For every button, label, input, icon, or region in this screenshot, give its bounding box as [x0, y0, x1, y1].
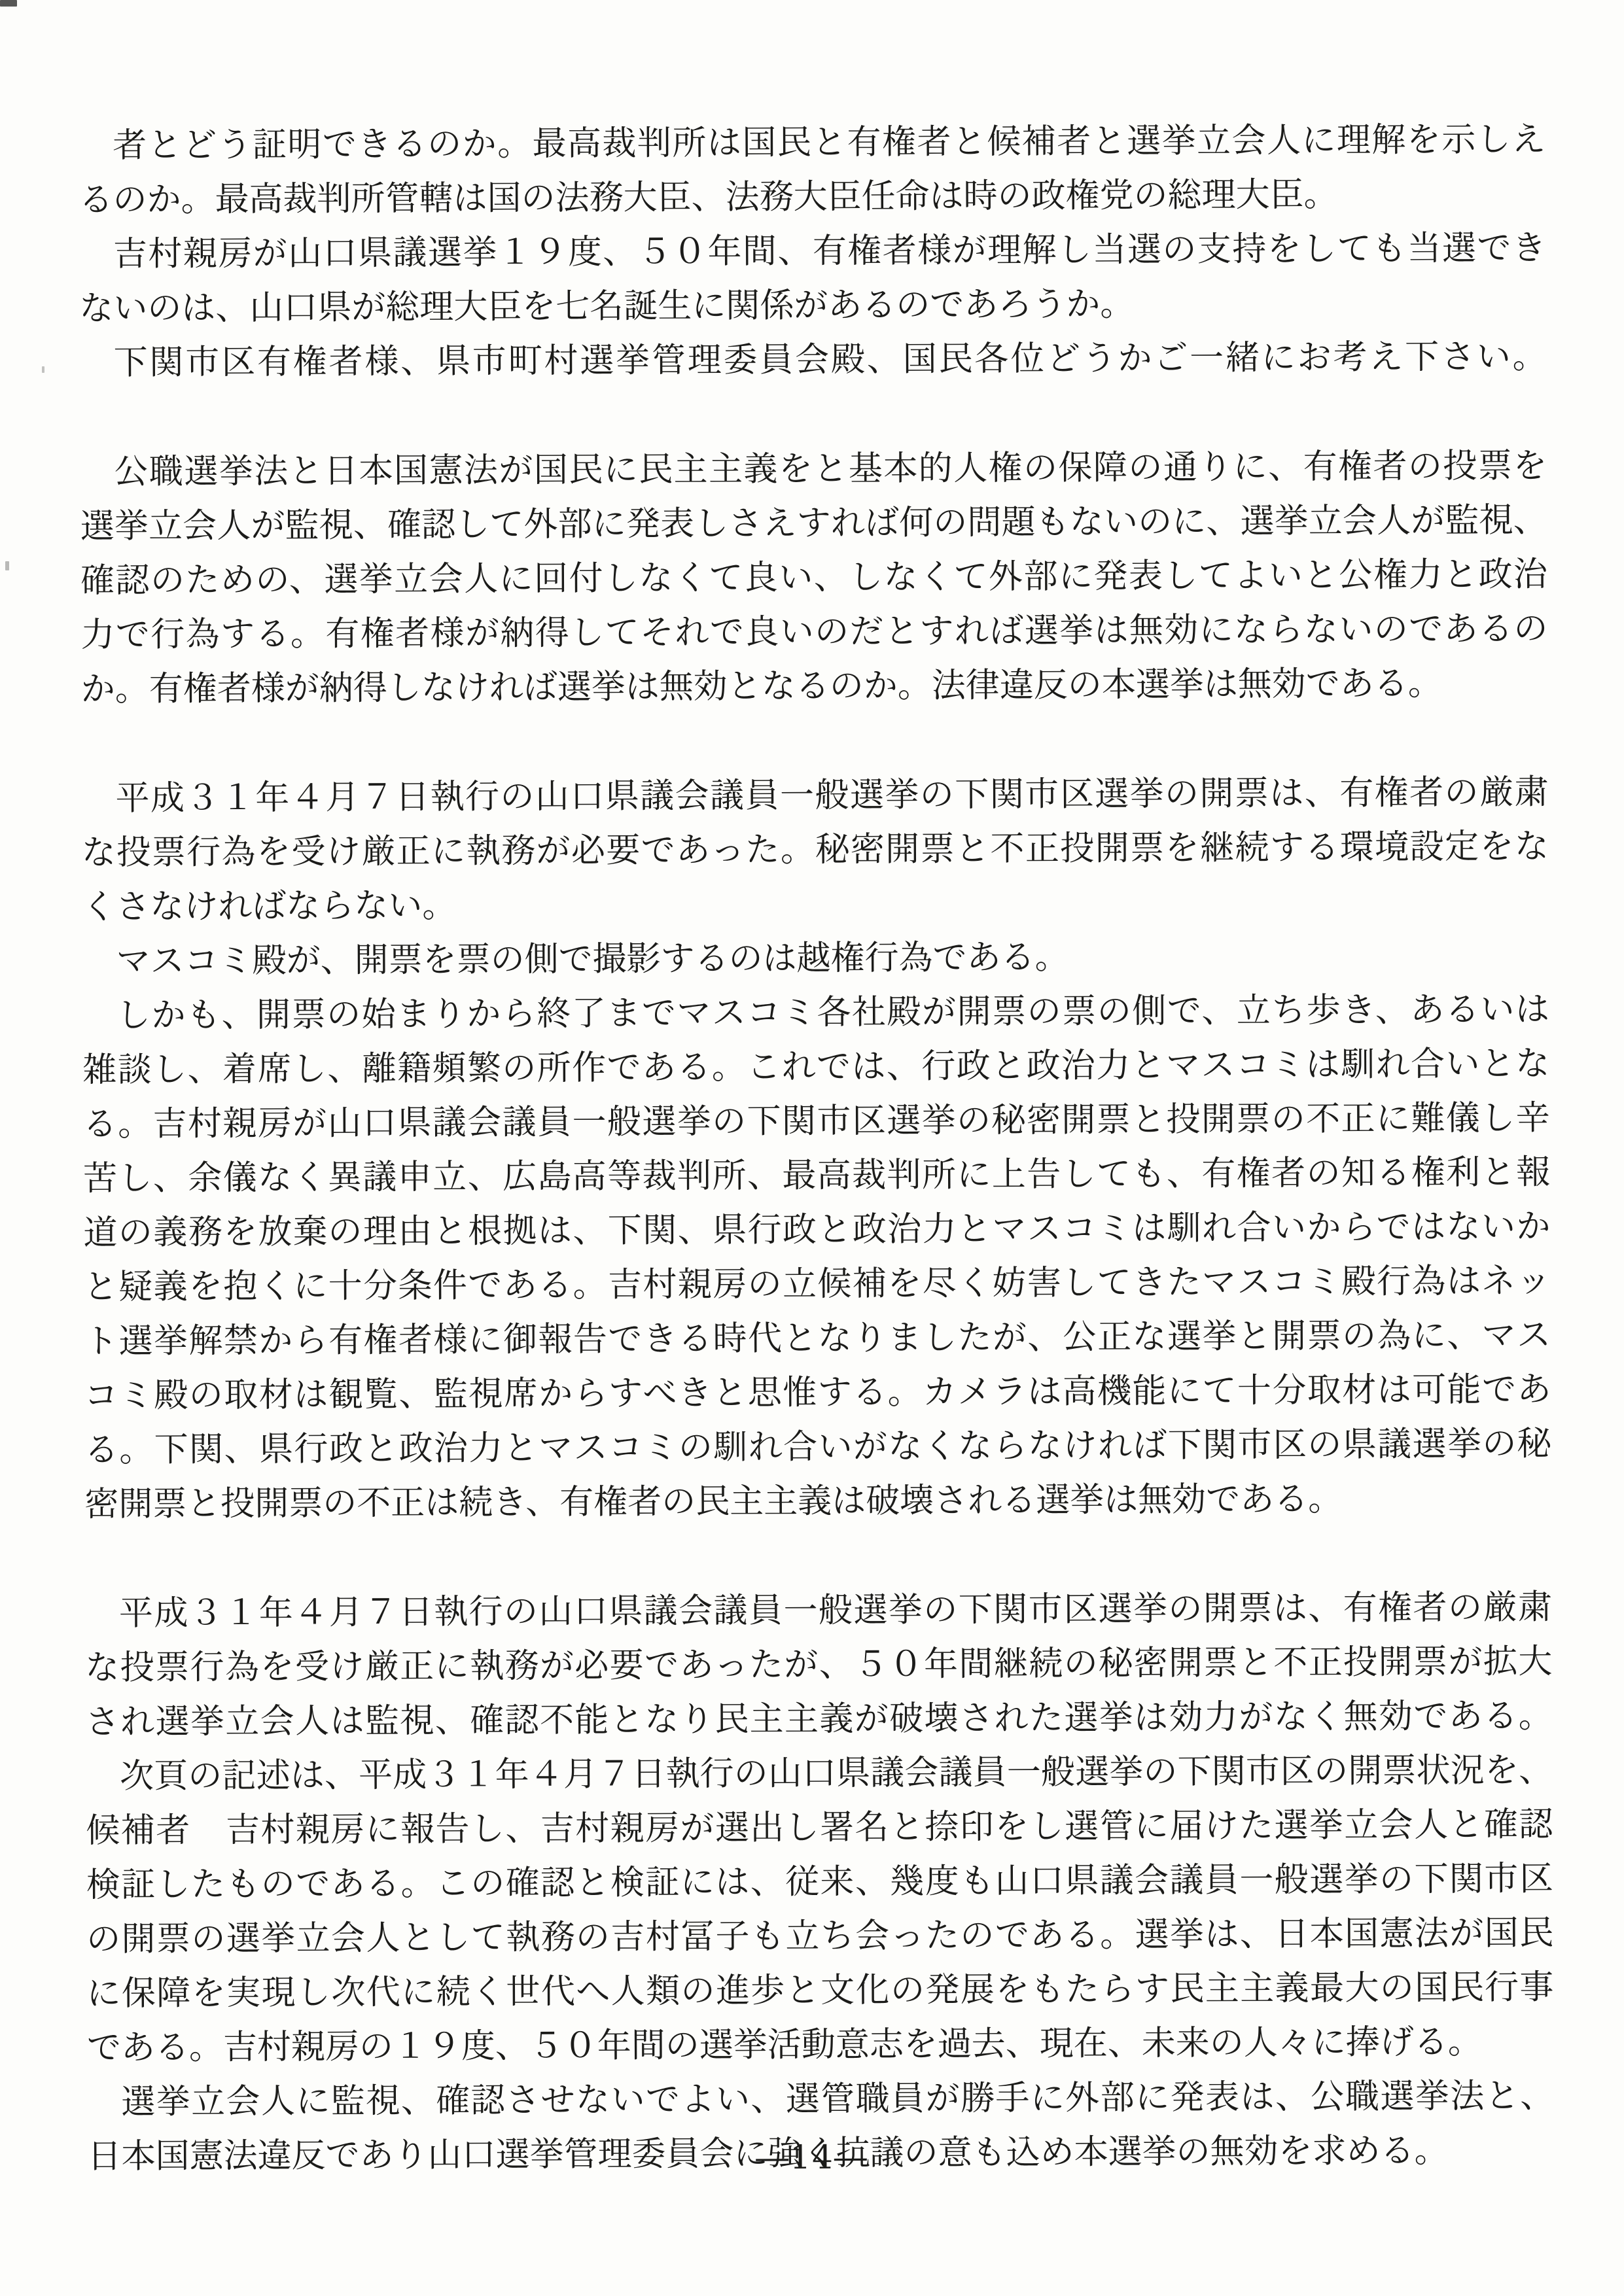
text-line: 者とどう証明できるのか。最高裁判所は国民と有権者と候補者と選挙立会人に理解を示し…	[79, 113, 1545, 173]
text-line: マスコミ殿が、開票を票の側で撮影するのは越権行為である。	[82, 928, 1549, 989]
text-line: 選挙立会人が監視、確認して外部に発表しさえすれば何の問題もないのに、選挙立会人が…	[80, 493, 1547, 554]
text-line: 候補者 吉村親房に報告し、吉村親房が選出し署名と捺印をし選管に届けた選挙立会人と…	[86, 1798, 1553, 1858]
text-line: か。有権者様が納得しなければ選挙は無効となるのか。法律違反の本選挙は無効である。	[81, 656, 1548, 717]
text-line: の開票の選挙立会人として執務の吉村冨子も立ち会ったのである。選挙は、日本国憲法が…	[86, 1906, 1553, 1967]
text-line: な投票行為を受け厳正に執務が必要であった。秘密開票と不正投開票を継続する環境設定…	[82, 820, 1549, 880]
text-line: と疑義を抱くに十分条件である。吉村親房の立候補を尽く妨害してきたマスコミ殿行為は…	[84, 1254, 1551, 1315]
paragraph: 平成３１年４月７日執行の山口県議会議員一般選挙の下関市区選挙の開票は、有権者の厳…	[81, 765, 1551, 1532]
text-line: しかも、開票の始まりから終了までマスコミ各社殿が開票の票の側で、立ち歩き、あるい…	[82, 983, 1549, 1043]
page-number: ―14―	[0, 2134, 1624, 2181]
text-line: る。下関、県行政と政治力とマスコミの馴れ合いがなくならなければ下関市区の県議選挙…	[84, 1417, 1551, 1478]
text-line: 検証したものである。この確認と検証には、従来、幾度も山口県議会議員一般選挙の下関…	[86, 1852, 1553, 1913]
text-line: に保障を実現し次代に続く世代へ人類の進歩と文化の発展をもたらす民主主義最大の国民…	[86, 1960, 1553, 2021]
text-line: ト選挙解禁から有権者様に御報告できる時代となりましたが、公正な選挙と開票の為に、…	[84, 1308, 1551, 1369]
text-line: 密開票と投開票の不正は続き、有権者の民主主義は破壊される選挙は無効である。	[84, 1471, 1551, 1532]
paragraph: 者とどう証明できるのか。最高裁判所は国民と有権者と候補者と選挙立会人に理解を示し…	[79, 113, 1547, 391]
text-line: くさなければならない。	[82, 874, 1549, 935]
scanned-document-page: 者とどう証明できるのか。最高裁判所は国民と有権者と候補者と選挙立会人に理解を示し…	[0, 0, 1624, 2296]
scan-artifact	[5, 561, 9, 570]
text-line: コミ殿の取材は観覧、監視席からすべきと思惟する。カメラは高機能にて十分取材は可能…	[84, 1363, 1551, 1423]
text-line: 平成３１年４月７日執行の山口県議会議員一般選挙の下関市区選挙の開票は、有権者の厳…	[81, 765, 1548, 826]
text-line: 公職選挙法と日本国憲法が国民に民主主義をと基本的人権の保障の通りに、有権者の投票…	[80, 439, 1547, 500]
text-line: るのか。最高裁判所管轄は国の法務大臣、法務大臣任命は時の政権党の総理大臣。	[79, 167, 1545, 228]
text-line: 平成３１年４月７日執行の山口県議会議員一般選挙の下関市区選挙の開票は、有権者の厳…	[85, 1580, 1552, 1641]
text-line: 確認のための、選挙立会人に回付しなくて良い、しなくて外部に発表してよいと公権力と…	[80, 548, 1547, 608]
text-line: ないのは、山口県が総理大臣を七名誕生に関係があるのであろうか。	[79, 275, 1546, 336]
text-line: 吉村親房が山口県議選挙１９度、５０年間、有権者様が理解し当選の支持をしても当選で…	[79, 221, 1546, 282]
text-line: 選挙立会人に監視、確認させないでよい、選管職員が勝手に外部に発表は、公職選挙法と…	[87, 2069, 1554, 2130]
scan-artifact	[0, 0, 17, 7]
paragraph: 平成３１年４月７日執行の山口県議会議員一般選挙の下関市区選挙の開票は、有権者の厳…	[85, 1580, 1555, 2184]
text-line: 道の義務を放棄の理由と根拠は、下関、県行政と政治力とマスコミは馴れ合いからではな…	[83, 1200, 1550, 1261]
text-line: 次頁の記述は、平成３１年４月７日執行の山口県議会議員一般選挙の下関市区の開票状況…	[86, 1743, 1553, 1804]
text-line: 力で行為する。有権者様が納得してそれで良いのだとすれば選挙は無効にならないのであ…	[80, 602, 1547, 663]
text-line: 下関市区有権者様、県市町村選挙管理委員会殿、国民各位どうかご一緒にお考え下さい。	[79, 330, 1546, 391]
text-line: な投票行為を受け厳正に執務が必要であったが、５０年間継続の秘密開票と不正投開票が…	[85, 1635, 1552, 1696]
text-line: 苦し、余儀なく異議申立、広島高等裁判所、最高裁判所に上告しても、有権者の知る権利…	[83, 1145, 1550, 1206]
text-line: され選挙立会人は監視、確認不能となり民主主義が破壊された選挙は効力がなく無効であ…	[86, 1689, 1553, 1750]
scan-artifact	[42, 366, 44, 373]
document-body: 者とどう証明できるのか。最高裁判所は国民と有権者と候補者と選挙立会人に理解を示し…	[79, 113, 1555, 2184]
paragraph: 公職選挙法と日本国憲法が国民に民主主義をと基本的人権の保障の通りに、有権者の投票…	[80, 439, 1548, 717]
text-line: る。吉村親房が山口県議会議員一般選挙の下関市区選挙の秘密開票と投開票の不正に難儀…	[83, 1091, 1550, 1152]
text-line: である。吉村親房の１９度、５０年間の選挙活動意志を過去、現在、未来の人々に捧げる…	[87, 2015, 1554, 2076]
text-line: 雑談し、着席し、離籍頻繁の所作である。これでは、行政と政治力とマスコミは馴れ合い…	[82, 1037, 1549, 1098]
